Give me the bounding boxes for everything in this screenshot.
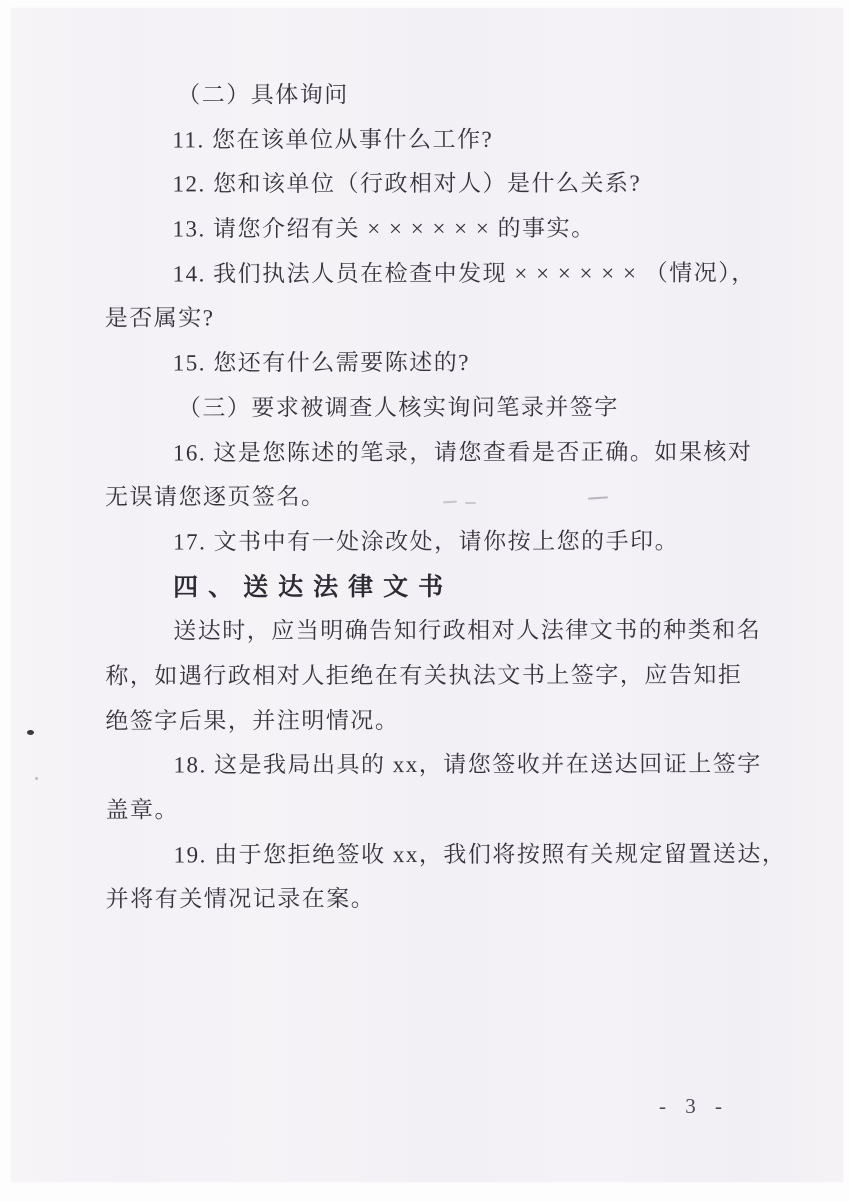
document-line-item-11: 11. 您在该单位从事什么工作? [104, 117, 764, 163]
scan-smudge [465, 502, 476, 504]
document-line-item-16-cont: 无误请您逐页签名。 [105, 475, 765, 521]
subheading-verify-record: （三）要求被调查人核实询问笔录并签字 [105, 385, 765, 431]
subheading-specific-inquiry: （二）具体询问 [104, 72, 764, 118]
document-paragraph-delivery-cont-1: 称，如遇行政相对人拒绝在有关执法文书上签字，应告知拒 [105, 653, 765, 699]
scan-speck [35, 777, 38, 780]
scan-speck [27, 730, 34, 735]
document-line-item-12: 12. 您和该单位（行政相对人）是什么关系? [104, 162, 764, 208]
document-line-item-19: 19. 由于您拒绝签收 xx，我们将按照有关规定留置送达， [106, 832, 766, 878]
document-line-item-19-cont: 并将有关情况记录在案。 [106, 877, 766, 923]
document-line-item-15: 15. 您还有什么需要陈述的? [105, 341, 765, 387]
page-number: - 3 - [659, 1094, 729, 1119]
document-line-item-16: 16. 这是您陈述的笔录，请您查看是否正确。如果核对 [105, 430, 765, 476]
document-line-item-14: 14. 我们执法人员在检查中发现 × × × × × × （情况）， [105, 251, 765, 297]
document-body: （二）具体询问 11. 您在该单位从事什么工作? 12. 您和该单位（行政相对人… [104, 72, 765, 922]
document-paragraph-delivery-cont-2: 绝签字后果，并注明情况。 [105, 698, 765, 744]
scanned-page: （二）具体询问 11. 您在该单位从事什么工作? 12. 您和该单位（行政相对人… [0, 0, 850, 1201]
document-line-item-13: 13. 请您介绍有关 × × × × × × 的事实。 [104, 206, 764, 252]
document-line-item-18-cont: 盖章。 [106, 787, 766, 833]
section-heading-deliver-documents: 四、送达法律文书 [105, 564, 765, 610]
document-paragraph-delivery: 送达时，应当明确告知行政相对人法律文书的种类和名 [105, 609, 765, 655]
document-line-item-17: 17. 文书中有一处涂改处，请你按上您的手印。 [105, 519, 765, 565]
document-line-item-14-cont: 是否属实? [105, 296, 765, 342]
document-line-item-18: 18. 这是我局出具的 xx，请您签收并在送达回证上签字 [105, 743, 765, 789]
paper-sheet: （二）具体询问 11. 您在该单位从事什么工作? 12. 您和该单位（行政相对人… [11, 8, 843, 1182]
